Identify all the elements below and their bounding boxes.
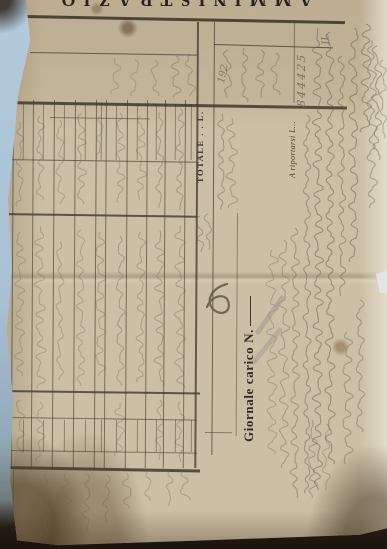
- grid-line: [73, 100, 76, 468]
- grid-line: [116, 104, 117, 160]
- handwriting-stroke: [166, 470, 172, 506]
- grid-line: [26, 15, 345, 24]
- grid-line: [101, 104, 102, 160]
- grid-line: [23, 104, 24, 160]
- grid-line: [94, 100, 97, 468]
- handwriting-stroke: [349, 28, 358, 262]
- grid-line: [0, 466, 200, 472]
- handwriting-stroke: [266, 250, 278, 454]
- grid-line: [156, 420, 157, 452]
- grid-line: [0, 390, 200, 394]
- handwriting-stroke: [151, 60, 159, 96]
- handwriting-stroke: [325, 32, 335, 464]
- handwriting-stroke: [14, 232, 25, 376]
- handwriting-stroke: [360, 24, 371, 132]
- handwriting-stroke: [313, 28, 324, 490]
- handwriting-flourish: [258, 298, 282, 332]
- grid-line: [205, 432, 232, 433]
- handwriting-stroke: [271, 53, 280, 95]
- handwriting-stroke: [43, 472, 50, 532]
- handwriting-stroke: [136, 232, 145, 382]
- handwriting-stroke: [180, 470, 190, 500]
- grid-line: [191, 420, 192, 452]
- grid-line: [43, 104, 44, 160]
- handwriting-stroke: [156, 112, 164, 208]
- grid-line: [163, 100, 166, 468]
- handwriting-stroke: [123, 473, 131, 509]
- handwriting-stroke: [278, 240, 289, 468]
- handwriting-flourish: [254, 330, 280, 362]
- giornale-header: Giornale carico N.: [241, 296, 257, 442]
- handwriting-stroke: [367, 40, 377, 208]
- handwriting-stroke: [103, 475, 110, 523]
- handwriting-stroke: [218, 114, 224, 210]
- handwriting-stroke: [34, 226, 46, 388]
- grid-line: [183, 100, 186, 468]
- handwriting-stroke: [380, 60, 387, 138]
- riportarsi-label: A riportarsi L...: [288, 121, 297, 178]
- grid-line: [64, 104, 65, 160]
- grid-line: [175, 104, 176, 160]
- grid-line: [30, 52, 197, 56]
- grid-line: [0, 213, 197, 218]
- grid-line: [125, 100, 128, 468]
- handwriting-stroke: [62, 473, 72, 521]
- grid-line: [104, 100, 107, 468]
- handwriting-stroke: [76, 230, 85, 386]
- grid-line: [23, 420, 24, 452]
- handwriting-stroke: [290, 228, 300, 498]
- giornale-number-blank: [250, 296, 251, 326]
- grid-line: [31, 100, 34, 468]
- paper-tear-notch: [376, 270, 387, 293]
- grid-line: [156, 104, 157, 160]
- giornale-label: Giornale carico N.: [241, 329, 256, 442]
- photo-frame: AMMINISTRAZIO TOTALE . . L. A riportarsi…: [0, 0, 387, 549]
- handwriting-stroke: [185, 54, 195, 96]
- grid-line: [214, 44, 333, 48]
- handwriting-stroke: [117, 113, 125, 203]
- handwriting-stroke: [171, 56, 181, 98]
- handwriting-stroke: [204, 214, 211, 250]
- handwriting-stroke: [21, 476, 29, 530]
- masthead-upside-down-text: AMMINISTRAZIO: [28, 0, 338, 11]
- handwritten-mark: IL: [320, 33, 332, 45]
- grid-line: [85, 104, 86, 160]
- document-paper: AMMINISTRAZIO TOTALE . . L. A riportarsi…: [0, 0, 387, 549]
- handwriting-stroke: [309, 420, 318, 498]
- handwriting-flourish: [207, 284, 229, 313]
- grid-line: [101, 420, 102, 452]
- handwriting-stroke: [338, 56, 346, 296]
- handwriting-stroke: [110, 58, 120, 94]
- grid-line: [137, 420, 138, 452]
- handwritten-year: 192: [216, 63, 231, 84]
- handwriting-stroke: [372, 46, 381, 160]
- grid-line: [175, 420, 176, 452]
- grid-line: [0, 159, 197, 163]
- grid-line: [194, 22, 198, 468]
- handwriting-stroke: [176, 108, 184, 210]
- grid-line: [43, 420, 44, 452]
- grid-line: [64, 420, 65, 452]
- grid-line: [116, 420, 117, 452]
- handwriting-stroke: [226, 118, 237, 208]
- handwriting-stroke: [256, 50, 264, 98]
- grid-line: [145, 100, 148, 468]
- handwriting-stroke: [242, 48, 248, 102]
- handwriting-stroke: [116, 236, 124, 386]
- totale-label: TOTALE . . L.: [195, 110, 205, 183]
- handwriting-stroke: [145, 471, 151, 501]
- handwriting-stroke: [82, 474, 89, 534]
- grid-line: [52, 100, 55, 468]
- grid-line: [236, 213, 238, 436]
- grid-line: [191, 104, 192, 160]
- handwriting-stroke: [303, 115, 311, 493]
- handwriting-stroke: [322, 424, 330, 490]
- handwriting-stroke: [131, 60, 139, 96]
- handwriting-stroke: [343, 332, 353, 464]
- handwritten-number: 844425: [295, 52, 308, 108]
- grid-line: [211, 22, 215, 455]
- grid-line: [137, 104, 138, 160]
- handwriting-stroke: [356, 300, 364, 432]
- handwriting-stroke: [56, 242, 64, 380]
- grid-line: [85, 420, 86, 452]
